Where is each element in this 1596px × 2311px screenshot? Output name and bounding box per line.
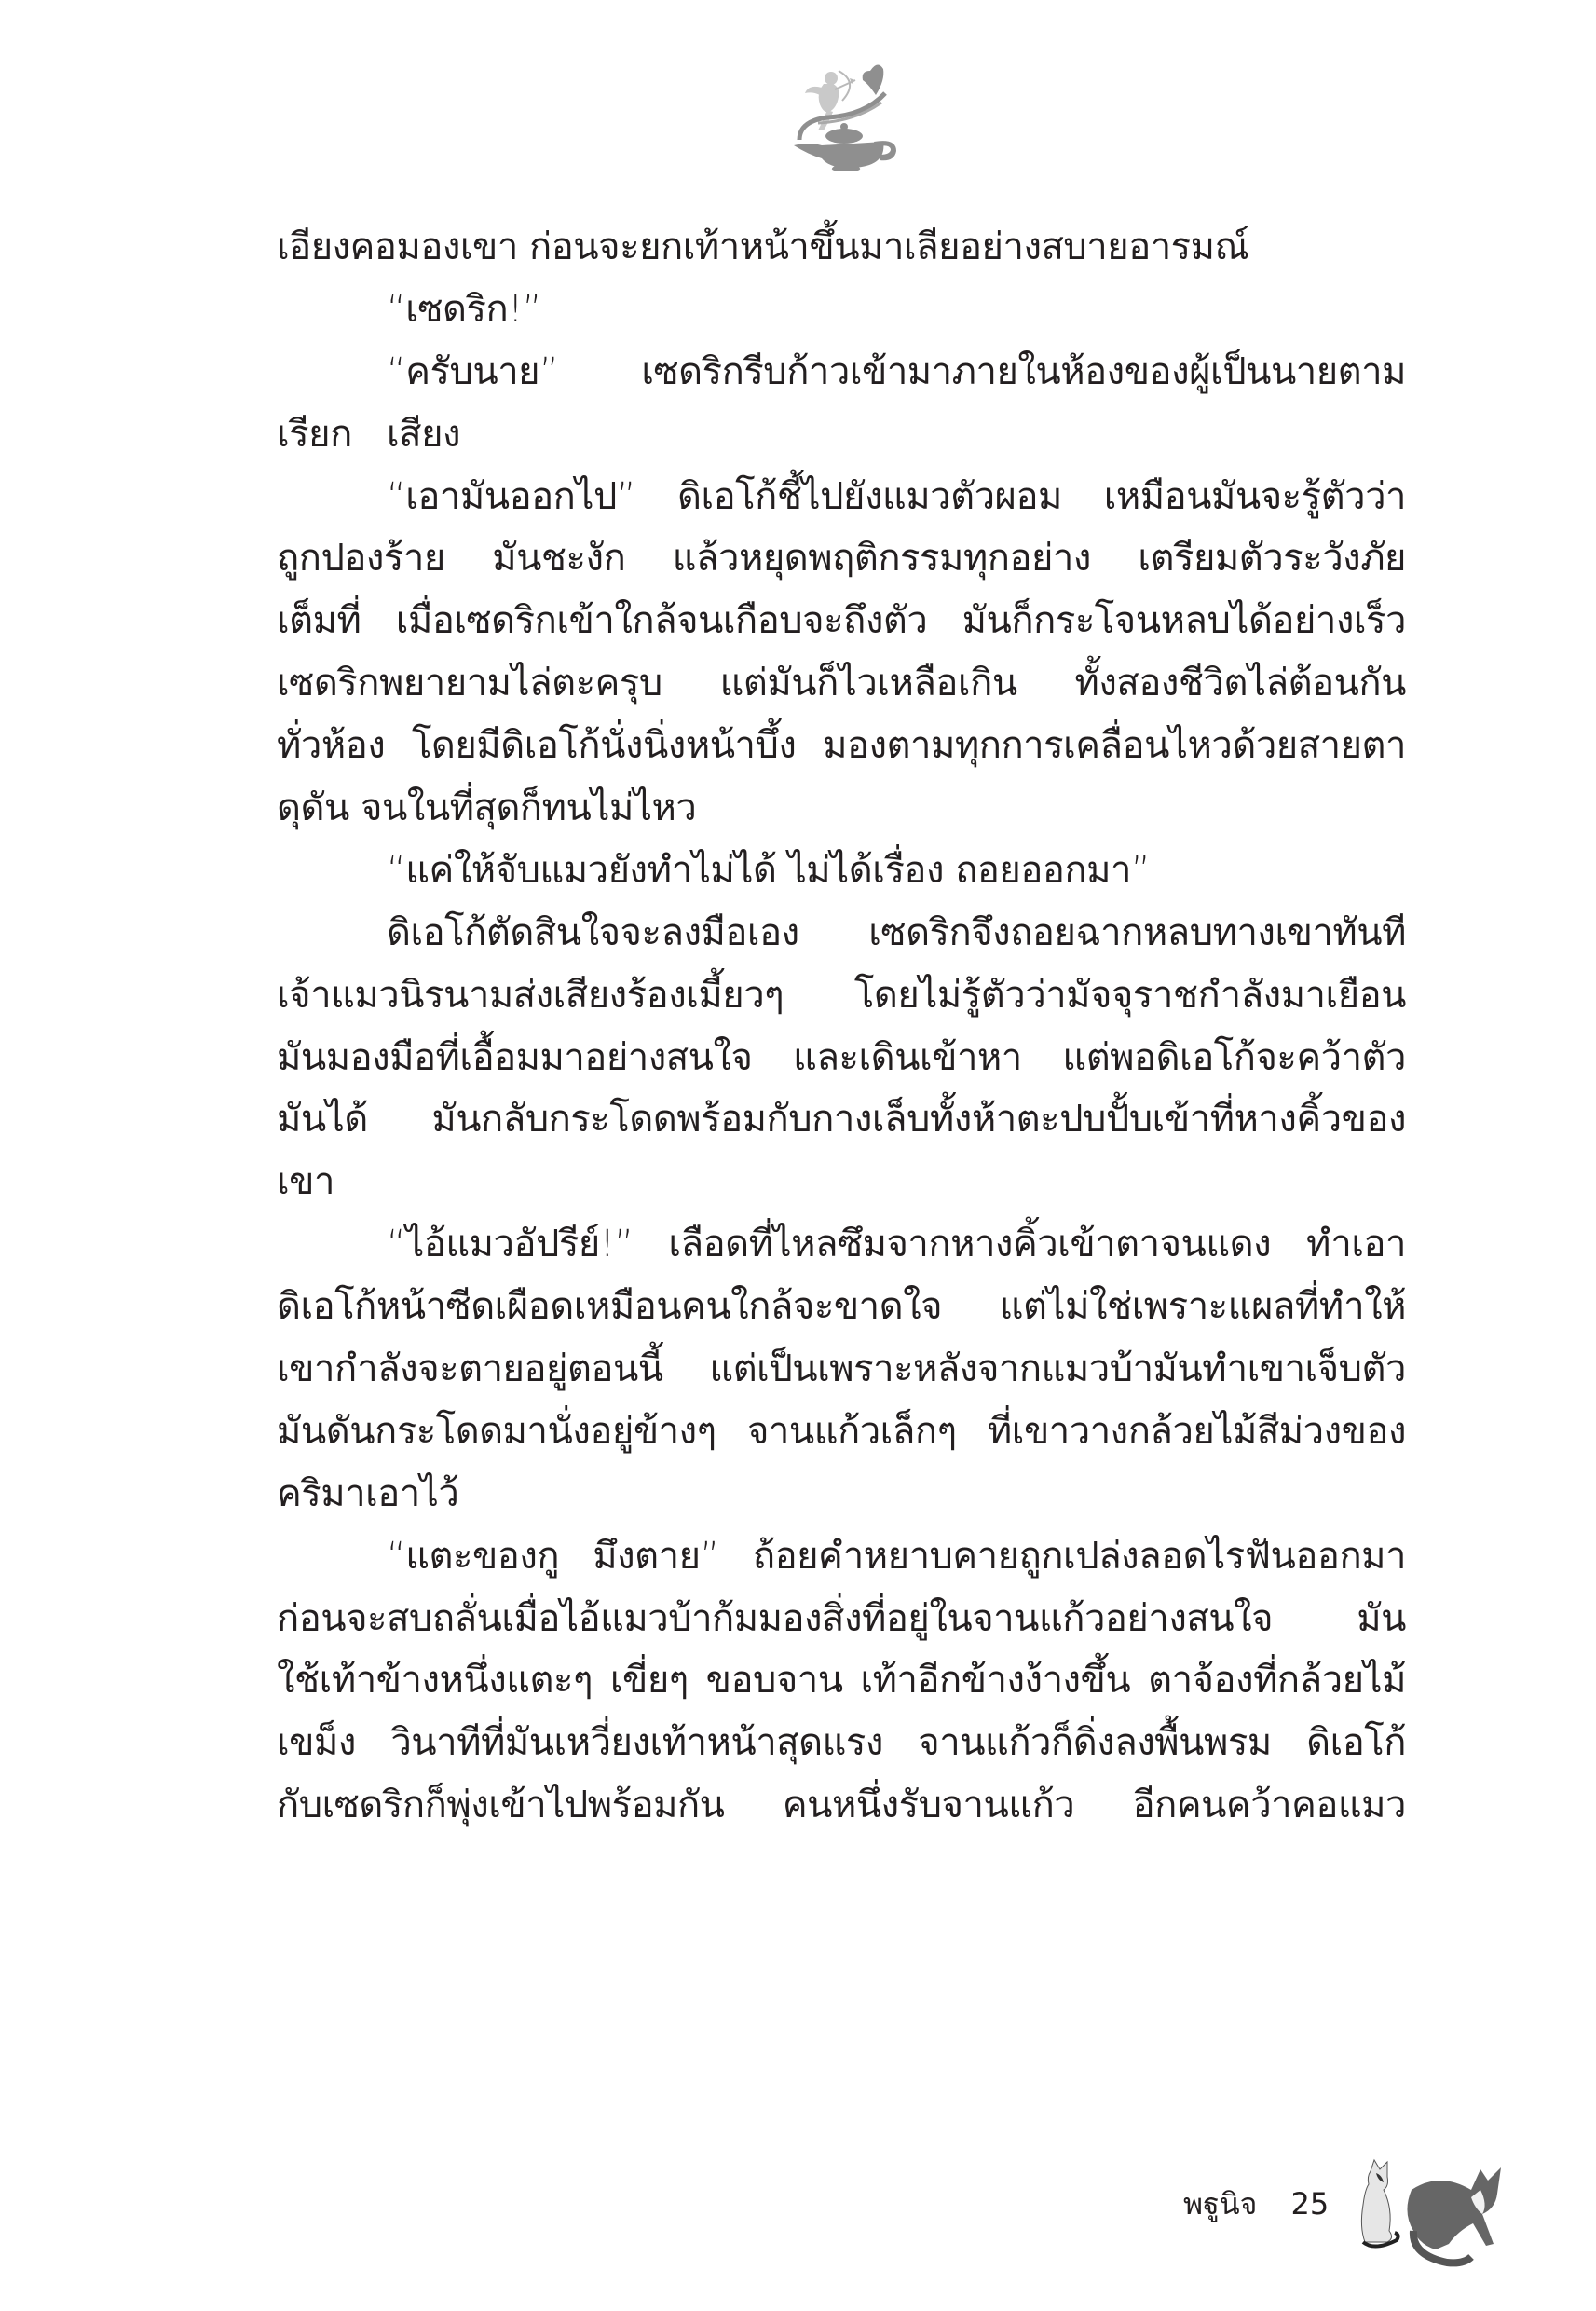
book-page: เอียงคอมองเขา ก่อนจะยกเท้าหน้าขึ้นมาเลีย…	[0, 0, 1596, 2311]
text-line-21: คริมาเอาไว้	[277, 1463, 1406, 1525]
text-line-16: เขา	[277, 1151, 1406, 1213]
text-line-20: มันดันกระโดดมานั่งอยู่ข้างๆ จานแก้วเล็กๆ…	[277, 1401, 1406, 1463]
genie-lamp-cupid-icon	[781, 56, 902, 172]
page-footer: พฐูนิจ 25	[1183, 2181, 1329, 2228]
text-line-6: ถูกปองร้าย มันชะงัก แล้วหยุดพฤติกรรมทุกอ…	[277, 527, 1406, 590]
page-number: 25	[1291, 2186, 1330, 2222]
text-line-13: เจ้าแมวนิรนามส่งเสียงร้องเมี้ยวๆ โดยไม่ร…	[277, 964, 1406, 1027]
text-line-3: “ครับนาย” เซดริกรีบก้าวเข้ามาภายในห้องขอ…	[277, 341, 1406, 403]
text-line-1: เอียงคอมองเขา ก่อนจะยกเท้าหน้าขึ้นมาเลีย…	[277, 216, 1406, 279]
text-line-22: “แตะของกู มึงตาย” ถ้อยคำหยาบคายถูกเปล่งล…	[277, 1525, 1406, 1588]
text-line-12: ดิเอโก้ตัดสินใจจะลงมือเอง เซดริกจึงถอยฉา…	[277, 902, 1406, 964]
text-line-10: ดุดัน จนในที่สุดก็ทนไม่ไหว	[277, 777, 1406, 840]
text-line-25: เขม็ง วินาทีที่มันเหวี่ยงเท้าหน้าสุดแรง …	[277, 1712, 1406, 1774]
text-line-2: “เซดริก!”	[277, 279, 1406, 341]
text-line-15: มันได้ มันกลับกระโดดพร้อมกับกางเล็บทั้งห…	[277, 1088, 1406, 1151]
text-line-24: ใช้เท้าข้างหนึ่งแตะๆ เขี่ยๆ ขอบจาน เท้าอ…	[277, 1649, 1406, 1712]
text-line-11: “แค่ให้จับแมวยังทำไม่ได้ ไม่ได้เรื่อง ถอ…	[277, 840, 1406, 902]
text-line-19: เขากำลังจะตายอยู่ตอนนี้ แต่เป็นเพราะหลัง…	[277, 1338, 1406, 1401]
text-line-8: เซดริกพยายามไล่ตะครุบ แต่มันก็ไวเหลือเกิ…	[277, 652, 1406, 715]
author-name: พฐูนิจ	[1183, 2186, 1257, 2222]
two-cats-icon	[1356, 2153, 1514, 2278]
text-line-23: ก่อนจะสบถลั่นเมื่อไอ้แมวบ้าก้มมองสิ่งที่…	[277, 1588, 1406, 1650]
text-line-14: มันมองมือที่เอื้อมมาอย่างสนใจ และเดินเข้…	[277, 1027, 1406, 1089]
text-line-9: ทั่วห้อง โดยมีดิเอโก้นั่งนิ่งหน้าบึ้ง มอ…	[277, 715, 1406, 777]
text-line-17: “ไอ้แมวอัปรีย์!” เลือดที่ไหลซึมจากหางคิ้…	[277, 1213, 1406, 1276]
text-line-18: ดิเอโก้หน้าซีดเผือดเหมือนคนใกล้จะขาดใจ แ…	[277, 1276, 1406, 1338]
text-line-7: เต็มที่ เมื่อเซดริกเข้าใกล้จนเกือบจะถึงต…	[277, 590, 1406, 652]
text-line-26: กับเซดริกก็พุ่งเข้าไปพร้อมกัน คนหนึ่งรับ…	[277, 1774, 1406, 1837]
body-text: เอียงคอมองเขา ก่อนจะยกเท้าหน้าขึ้นมาเลีย…	[277, 216, 1406, 1837]
text-line-5: “เอามันออกไป” ดิเอโก้ชี้ไปยังแมวตัวผอม เ…	[277, 466, 1406, 528]
